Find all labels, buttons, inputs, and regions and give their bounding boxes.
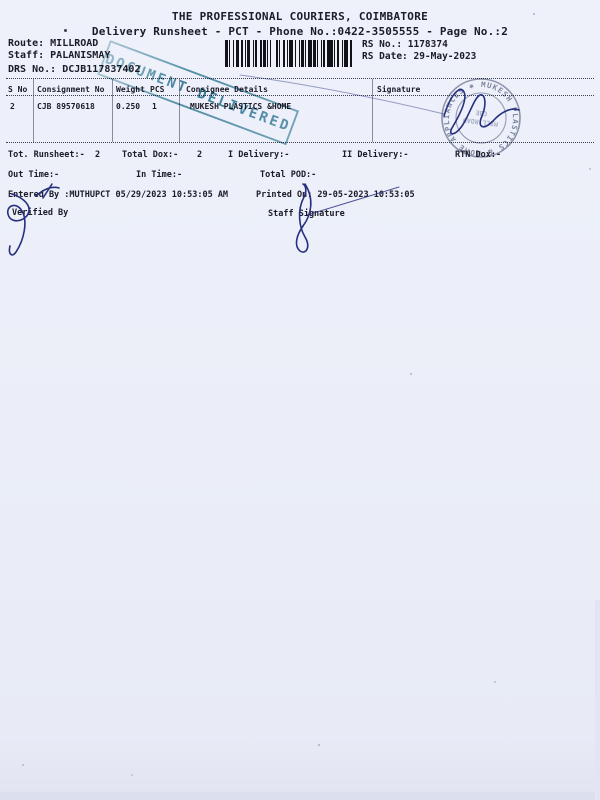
table-divider <box>372 79 373 142</box>
table-divider <box>33 79 34 142</box>
route-value: MILLROAD <box>50 38 98 49</box>
dust-speck <box>494 681 496 683</box>
dust-speck <box>410 373 412 375</box>
verified-by-label: Verified By <box>12 208 68 218</box>
dust-speck <box>64 29 67 32</box>
entered-by-line: Entered By :MUTHUPCT 05/29/2023 10:53:05… <box>8 190 228 200</box>
col-header-s-no: S No <box>8 85 27 94</box>
cell-pcs: 1 <box>152 102 157 111</box>
dust-speck <box>131 774 133 776</box>
in-time-label: In Time:- <box>136 170 182 180</box>
out-time-label: Out Time:- <box>8 170 59 180</box>
rs-date-line: RS Date: 29-May-2023 <box>362 51 476 62</box>
route-line: Route: MILLROAD <box>8 38 98 49</box>
staff-signature-label: Staff Signature <box>268 209 345 219</box>
staff-label: Staff: <box>8 50 44 61</box>
scan-edge-shadow-bottom <box>0 792 600 800</box>
cell-weight: 0.250 <box>116 102 140 111</box>
cell-s-no: 2 <box>10 102 15 111</box>
verified-signature-scribble <box>8 194 29 255</box>
tot-runsheet-label: Tot. Runsheet:- <box>8 150 85 160</box>
total-pod-label: Total POD:- <box>260 170 316 180</box>
dust-speck <box>533 13 535 15</box>
printed-on-line: Printed On: 29-05-2023 10:53:05 <box>256 190 415 200</box>
scanned-delivery-runsheet: THE PROFESSIONAL COURIERS, COIMBATORE De… <box>0 0 600 800</box>
rtn-dox-label: RTN Dox:- <box>455 150 501 160</box>
col-header-signature: Signature <box>377 85 420 94</box>
round-stamp-inner-line2: CBE <box>475 108 488 117</box>
col-header-consignment: Consignment No <box>37 85 104 94</box>
document-title: THE PROFESSIONAL COURIERS, COIMBATORE <box>0 10 600 23</box>
drs-label: DRS No.: <box>8 64 56 75</box>
ii-delivery-label: II Delivery:- <box>342 150 409 160</box>
total-dox-label: Total Dox:- <box>122 150 178 160</box>
i-delivery-label: I Delivery:- <box>228 150 289 160</box>
total-dox-value: 2 <box>197 150 202 160</box>
document-subtitle: Delivery Runsheet - PCT - Phone No.:0422… <box>0 25 600 38</box>
staff-value: PALANISMAY <box>50 50 110 61</box>
dust-speck <box>589 168 591 170</box>
dust-speck <box>22 764 24 766</box>
route-label: Route: <box>8 38 44 49</box>
cell-consignment-no: CJB 89570618 <box>37 102 95 111</box>
staff-line: Staff: PALANISMAY <box>8 50 110 61</box>
rs-number-line: RS No.: 1178374 <box>362 39 448 50</box>
scan-edge-shadow-right <box>595 600 600 800</box>
tot-runsheet-value: 2 <box>95 150 100 160</box>
table-divider <box>112 79 113 142</box>
dust-speck <box>318 744 320 746</box>
barcode-image <box>225 40 355 67</box>
